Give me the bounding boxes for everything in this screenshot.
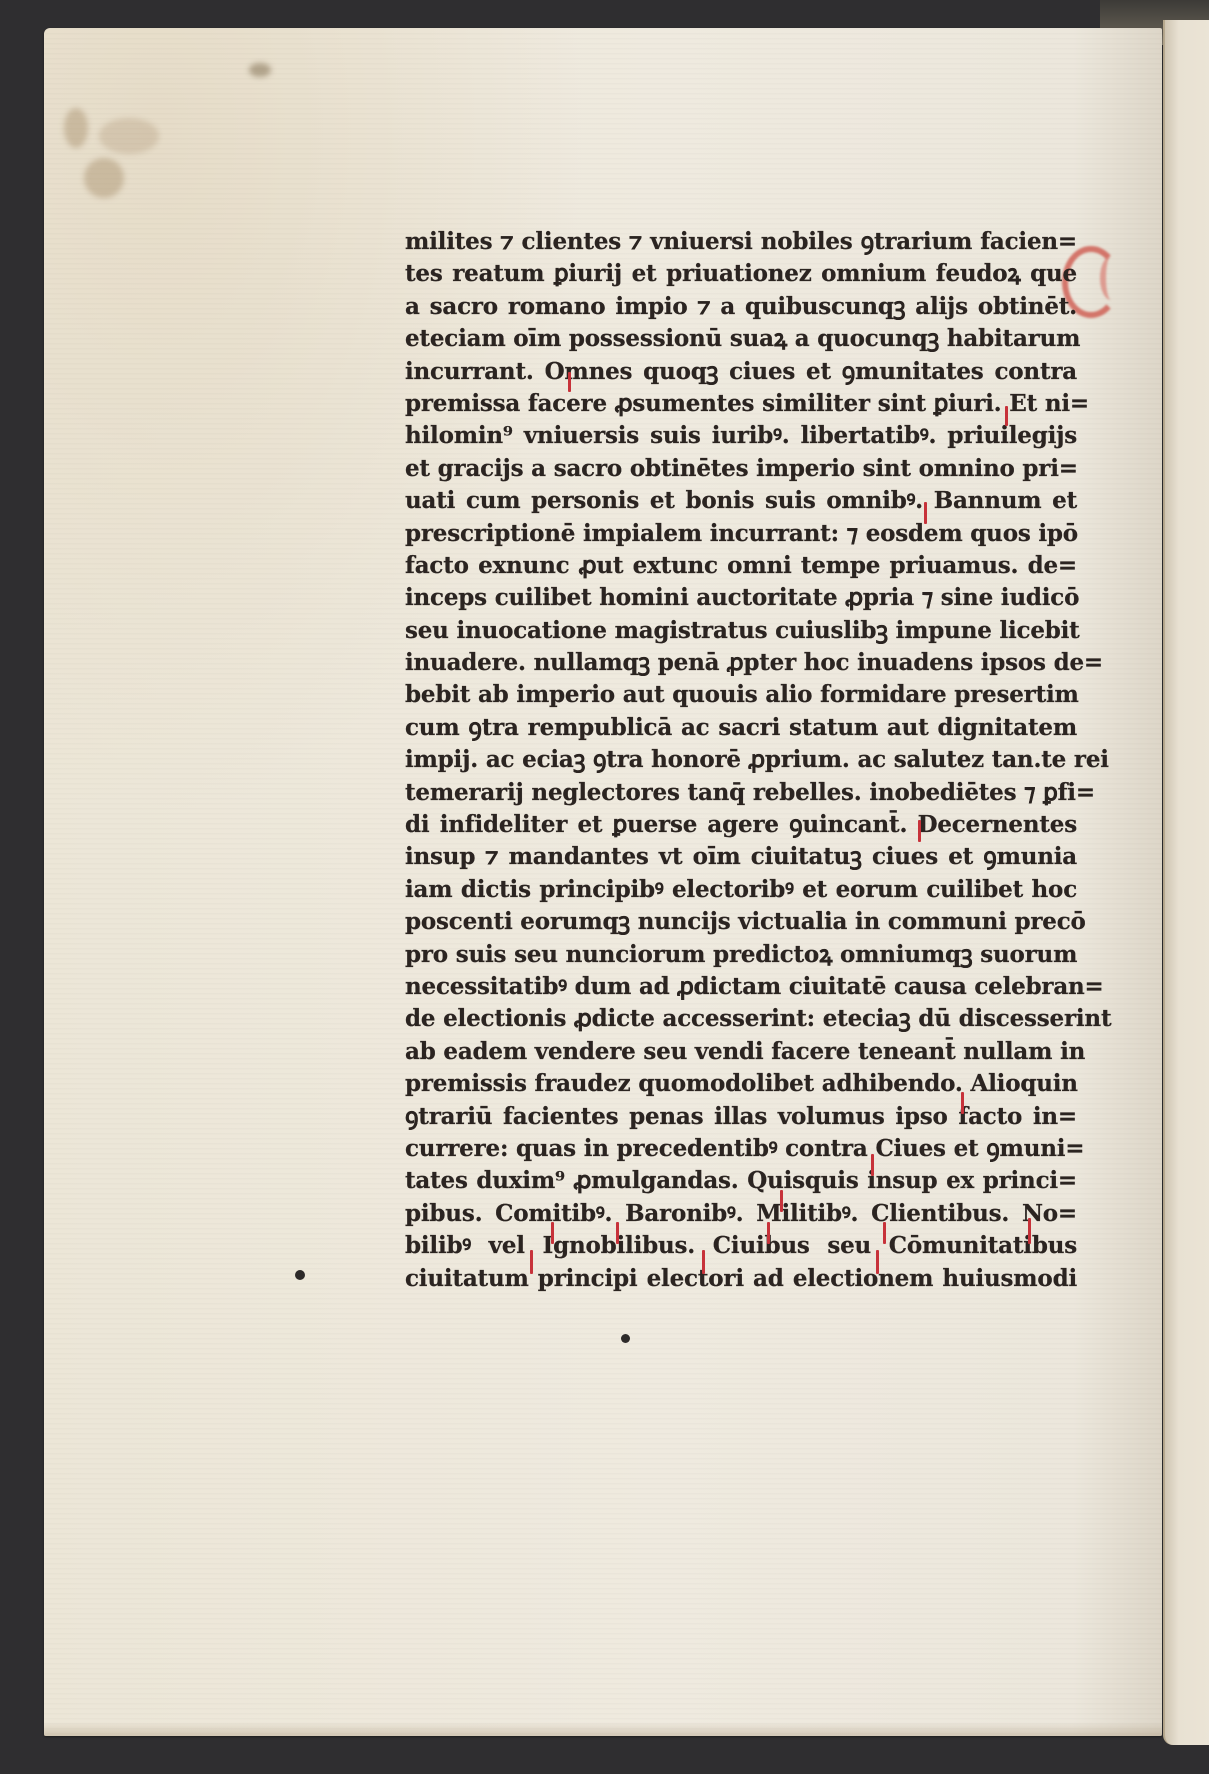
text-line: premissis fraudez quomodolibet adhibendo… <box>405 1068 1077 1100</box>
adjacent-page-edge <box>1163 20 1209 1745</box>
rubrication-stroke <box>961 1092 964 1114</box>
text-line: prescriptionē impialem incurrant: ⁊ eosd… <box>405 518 1077 550</box>
rubrication-stroke <box>1005 406 1008 426</box>
text-line: uati cum personis et bonis suis omnibꝰ. … <box>405 485 1077 517</box>
text-line: ꝯtrariū facientes penas illas volumus ip… <box>405 1101 1077 1133</box>
text-line: et gracijs a sacro obtinētes imperio sin… <box>405 453 1077 485</box>
text-line: poscenti eorumqꝫ nuncijs victualia in co… <box>405 906 1077 938</box>
text-line: temerarij neglectores tanq̄ rebelles. in… <box>405 777 1077 809</box>
text-line: di infideliter et ꝑuerse agere ꝯuincant̄… <box>405 809 1077 841</box>
text-line: pibus. Comitibꝰ. Baronibꝰ. Militibꝰ. Cli… <box>405 1198 1077 1230</box>
text-line: tes reatum ꝑiurij et priuationez omnium … <box>405 258 1077 290</box>
text-line: bebit ab imperio aut quouis alio formida… <box>405 679 1077 711</box>
rubrication-stroke <box>924 502 927 524</box>
stain-mark <box>249 63 271 77</box>
stain-mark <box>64 108 88 148</box>
rubrication-stroke <box>1028 1218 1031 1244</box>
text-column: milites ⁊ clientes ⁊ vniuersi nobiles ꝯt… <box>405 226 1077 1295</box>
text-line: impij. ac eciaꝫ ꝯtra honorē ꝓprium. ac s… <box>405 744 1077 776</box>
rubrication-stroke <box>767 1222 770 1244</box>
rubrication-stroke <box>551 1222 554 1244</box>
text-line: seu inuocatione magistratus cuiuslibꝫ im… <box>405 615 1077 647</box>
rubrication-stroke <box>780 1190 783 1212</box>
text-line: cum ꝯtra rempublicā ac sacri statum aut … <box>405 712 1077 744</box>
text-line: eteciam oīm possessionū suaꝝ a quocunqꝫ … <box>405 323 1077 355</box>
text-line: bilibꝰ vel Ignobilibus. Ciuibus seu Cōmu… <box>405 1230 1077 1262</box>
rubrication-stroke <box>876 1250 879 1274</box>
text-line: milites ⁊ clientes ⁊ vniuersi nobiles ꝯt… <box>405 226 1077 258</box>
rubrication-stroke <box>702 1250 705 1274</box>
text-line: a sacro romano impio ⁊ a quibuscunqꝫ ali… <box>405 291 1077 323</box>
text-line: premissa facere ꝓsumentes similiter sint… <box>405 388 1077 420</box>
page-bottom-edge <box>44 1722 1162 1736</box>
stain-mark <box>84 158 124 198</box>
text-line: incurrant. Omnes quoqꝫ ciues et ꝯmunitat… <box>405 356 1077 388</box>
text-line: inuadere. nullamqꝫ penā ꝓpter hoc inuade… <box>405 647 1077 679</box>
ink-dot <box>295 1270 305 1280</box>
rubrication-stroke <box>871 1154 874 1176</box>
rubrication-stroke <box>530 1250 533 1274</box>
rubrication-stroke <box>568 372 571 392</box>
text-line: necessitatibꝰ dum ad ꝓdictam ciuitatē ca… <box>405 971 1077 1003</box>
text-line: inceps cuilibet homini auctoritate ꝓpria… <box>405 582 1077 614</box>
text-line: hilomin⁹ vniuersis suis iuribꝰ. libertat… <box>405 420 1077 452</box>
rubrication-stroke <box>883 1222 886 1244</box>
text-line: ab eadem vendere seu vendi facere tenean… <box>405 1036 1077 1068</box>
text-line: currere: quas in precedentibꝰ contra Ciu… <box>405 1133 1077 1165</box>
scan-background: milites ⁊ clientes ⁊ vniuersi nobiles ꝯt… <box>0 0 1209 1774</box>
text-line: insup ⁊ mandantes vt oīm ciuitatuꝫ ciues… <box>405 841 1077 873</box>
rubrication-stroke <box>616 1222 619 1244</box>
text-line: tates duxim⁹ ꝓmulgandas. Quisquis insup … <box>405 1165 1077 1197</box>
red-decorated-initial-tail <box>1100 256 1122 300</box>
text-line: de electionis ꝓdicte accesserint: etecia… <box>405 1003 1077 1035</box>
rubrication-stroke <box>918 820 921 842</box>
text-line: pro suis seu nunciorum predictoꝝ omniumq… <box>405 939 1077 971</box>
ink-dot <box>621 1334 630 1343</box>
text-line: ciuitatum principi electori ad electione… <box>405 1263 1077 1295</box>
stain-mark <box>99 118 159 154</box>
text-line: facto exnunc ꝓut extunc omni tempe priua… <box>405 550 1077 582</box>
text-line: iam dictis principibꝰ electoribꝰ et eoru… <box>405 874 1077 906</box>
